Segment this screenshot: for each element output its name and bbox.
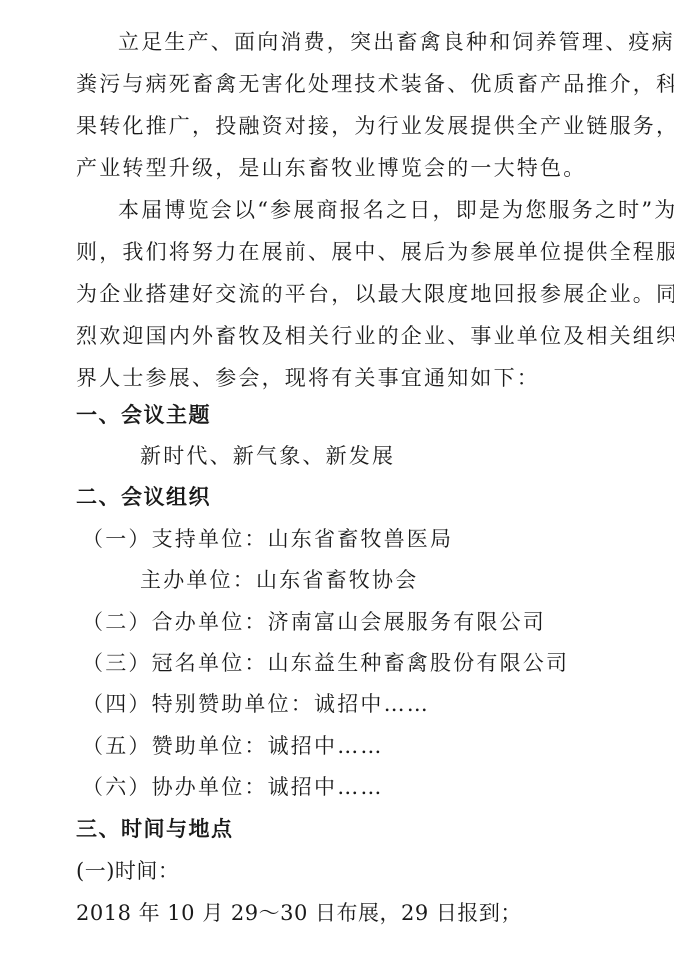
- section-heading-theme: 一、会议主题: [76, 401, 211, 429]
- org-item-title-sponsor: （三）冠名单位：山东益生种畜禽股份有限公司: [82, 649, 569, 677]
- paragraph-line: 则，我们将努力在展前、展中、展后为参展单位提供全程服务，: [76, 238, 674, 266]
- org-item-special-sponsor: （四）特别赞助单位：诚招中……: [82, 690, 430, 718]
- paragraph-line: 界人士参展、参会，现将有关事宜通知如下：: [76, 364, 540, 392]
- paragraph-line: 果转化推广，投融资对接，为行业发展提供全产业链服务，助推: [76, 112, 674, 140]
- org-item-supporter: （一）支持单位：山东省畜牧兽医局: [82, 525, 453, 553]
- paragraph-line: 粪污与病死畜禽无害化处理技术装备、优质畜产品推介，科技成: [76, 70, 674, 98]
- paragraph-line: 烈欢迎国内外畜牧及相关行业的企业、事业单位及相关组织和各: [76, 322, 674, 350]
- meeting-theme: 新时代、新气象、新发展: [140, 442, 395, 470]
- paragraph-line: 本届博览会以“参展商报名之日，即是为您服务之时”为准: [118, 196, 674, 224]
- org-item-sponsor: （五）赞助单位：诚招中……: [82, 732, 384, 760]
- org-item-co-host: （二）合办单位：济南富山会展服务有限公司: [82, 608, 546, 636]
- org-item-assisting: （六）协办单位：诚招中……: [82, 773, 384, 801]
- paragraph-line: 产业转型升级，是山东畜牧业博览会的一大特色。: [76, 154, 586, 182]
- paragraph-line: 为企业搭建好交流的平台，以最大限度地回报参展企业。同时热: [76, 280, 674, 308]
- paragraph-line: 立足生产、面向消费，突出畜禽良种和饲养管理、疫病防控、: [118, 28, 674, 56]
- schedule-line: 2018 年 10 月 29～30 日布展，29 日报到；: [76, 899, 522, 927]
- section-heading-organization: 二、会议组织: [76, 483, 211, 511]
- section-heading-time-place: 三、时间与地点: [76, 815, 234, 843]
- time-subheading: (一)时间：: [76, 857, 179, 885]
- org-item-host: 主办单位：山东省畜牧协会: [140, 566, 418, 594]
